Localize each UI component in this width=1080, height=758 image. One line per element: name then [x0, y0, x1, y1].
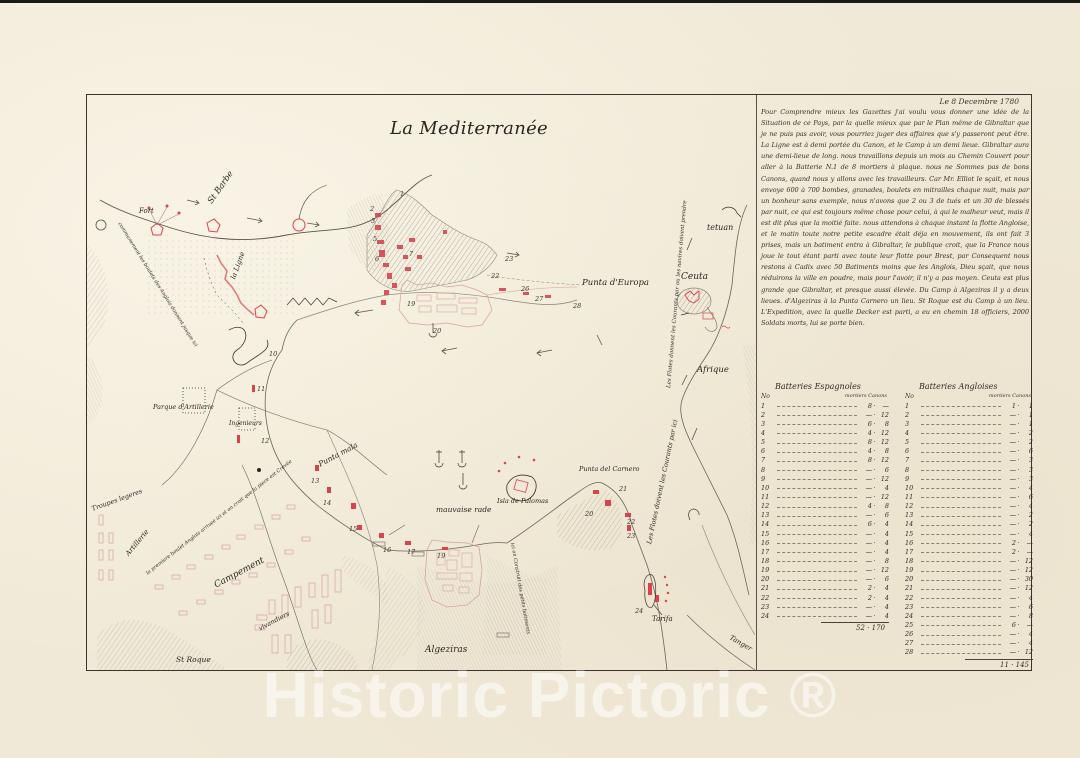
table-row: 11—·12 [761, 492, 889, 501]
battery-number-cell: 3 [761, 420, 777, 428]
battery-number: 14 [323, 499, 331, 507]
battery-number: 19 [407, 300, 415, 308]
letter-date: Le 8 Decembre 1780 [940, 97, 1019, 106]
table-total: 11 · 145 [965, 659, 1033, 669]
battery-number-cell: 23 [761, 603, 777, 611]
table-row: 28—·12 [905, 648, 1033, 657]
cannons-cell: 6 [1021, 603, 1033, 611]
label-punta-carnero: Punta del Carnero [579, 465, 639, 473]
leader-dots [921, 561, 1001, 562]
leader-dots [777, 561, 857, 562]
table-total: 52 · 170 [821, 622, 889, 632]
table-row: 172·— [905, 547, 1033, 556]
table-row: 64·8 [761, 447, 889, 456]
table-row: 20—·6 [761, 575, 889, 584]
table-row: 18—·12 [905, 556, 1033, 565]
mortars-cell: — [1004, 502, 1016, 510]
table-row: 2—·12 [761, 410, 889, 419]
table-row: 8—·6 [761, 465, 889, 474]
table-rows: 11·12—·13—·14—·25—·26—·67—·38—·39—·310—·… [905, 401, 1033, 657]
leader-dots [921, 507, 1001, 508]
column-no: No [761, 393, 770, 401]
mortars-cell: — [1004, 511, 1016, 519]
battery-number-cell: 15 [761, 530, 777, 538]
leader-dots [921, 653, 1001, 654]
battery-number-cell: 22 [905, 594, 921, 602]
leader-dots [777, 571, 857, 572]
batteries-tables: Batteries Espagnoles No mortiers Canons … [761, 382, 1029, 667]
cannons-cell: 4 [1021, 630, 1033, 638]
watermark: Historic Pictoric ® [170, 660, 930, 730]
battery-number: 2 [370, 205, 374, 213]
table-row: 212·4 [761, 584, 889, 593]
mortars-cell: — [1004, 639, 1016, 647]
column-headers: mortiers Canons [845, 393, 887, 401]
battery-number-cell: 11 [761, 493, 777, 501]
table-row: 16—·4 [761, 538, 889, 547]
table-row: 7—·3 [905, 456, 1033, 465]
table-row: 3—·1 [905, 419, 1033, 428]
mortars-cell: 2 [1004, 539, 1016, 547]
label-mauvaise-rade: mauvaise rade [436, 505, 492, 514]
cannons-cell: 12 [877, 411, 889, 419]
mortars-cell: — [1004, 584, 1016, 592]
cannons-cell: 4 [877, 539, 889, 547]
leader-dots [921, 516, 1001, 517]
cannons-cell: 12 [877, 438, 889, 446]
leader-dots [921, 424, 1001, 425]
leader-dots [777, 507, 857, 508]
cannons-cell: — [1021, 621, 1033, 629]
battery-number-cell: 22 [761, 594, 777, 602]
mortars-cell: — [1004, 530, 1016, 538]
battery-number-cell: 24 [761, 612, 777, 620]
table-row: 146·4 [761, 520, 889, 529]
cannons-cell: 4 [877, 584, 889, 592]
table-row: 8—·3 [905, 465, 1033, 474]
cannons-cell: 2 [1021, 511, 1033, 519]
cannons-cell: 6 [1021, 493, 1033, 501]
leader-dots [777, 443, 857, 444]
label-tetuan: tetuan [707, 223, 733, 232]
mortars-cell: — [1004, 520, 1016, 528]
battery-number-cell: 21 [761, 584, 777, 592]
battery-number-cell: 8 [905, 466, 921, 474]
label-fort: Fort [139, 207, 154, 215]
battery-number-cell: 15 [905, 530, 921, 538]
battery-number: 6 [375, 255, 379, 263]
table-row: 22—·4 [905, 593, 1033, 602]
mortars-cell: 6 [860, 420, 872, 428]
mortars-cell: 2 [1004, 548, 1016, 556]
mortars-cell: 8 [860, 438, 872, 446]
leader-dots [777, 470, 857, 471]
map-title: La Mediterranée [390, 118, 548, 139]
leader-dots [777, 488, 857, 489]
table-row: 11·1 [905, 401, 1033, 410]
battery-number-cell: 27 [905, 639, 921, 647]
cannons-cell: — [1021, 548, 1033, 556]
mortars-cell: — [860, 484, 872, 492]
leader-dots [777, 424, 857, 425]
cannons-cell: 4 [877, 520, 889, 528]
mortars-cell: — [1004, 484, 1016, 492]
battery-number-cell: 1 [761, 402, 777, 410]
table-row: 24—·4 [761, 611, 889, 620]
cannons-cell: 8 [877, 420, 889, 428]
cannons-cell: 30 [1021, 575, 1033, 583]
table-row: 21—·12 [905, 584, 1033, 593]
battery-number-cell: 16 [761, 539, 777, 547]
battery-number: 12 [261, 437, 269, 445]
mortars-cell: 4 [860, 447, 872, 455]
battery-number-cell: 9 [761, 475, 777, 483]
table-row: 9—·12 [761, 474, 889, 483]
cannons-cell: 8 [877, 447, 889, 455]
battery-number-cell: 19 [761, 566, 777, 574]
table-row: 14—·2 [905, 520, 1033, 529]
mortars-cell: — [1004, 456, 1016, 464]
mortars-cell: 2 [860, 594, 872, 602]
cannons-cell: 1 [1021, 402, 1033, 410]
cannons-cell: 12 [877, 456, 889, 464]
cannons-cell: 3 [1021, 475, 1033, 483]
cannons-cell: 8 [877, 502, 889, 510]
cannons-cell: 12 [877, 429, 889, 437]
leader-dots [777, 452, 857, 453]
cannons-cell: 1 [1021, 411, 1033, 419]
leader-dots [921, 580, 1001, 581]
battery-number: 24 [635, 607, 643, 615]
mortars-cell: — [1004, 466, 1016, 474]
table-row: 256·— [905, 620, 1033, 629]
cannons-cell: 2 [1021, 429, 1033, 437]
table-row: 15—·4 [761, 529, 889, 538]
leader-dots [921, 406, 1001, 407]
mortars-cell: 4 [860, 429, 872, 437]
battery-number-cell: 7 [905, 456, 921, 464]
mortars-cell: — [1004, 557, 1016, 565]
mortars-cell: — [1004, 475, 1016, 483]
map-sheet: La Mediterranée Fort St Barbe la Ligne P… [0, 0, 1080, 758]
battery-number-cell: 7 [761, 456, 777, 464]
cannons-cell: 4 [877, 548, 889, 556]
leader-dots [777, 534, 857, 535]
leader-dots [777, 433, 857, 434]
table-row: 162·— [905, 538, 1033, 547]
mortars-cell: — [1004, 493, 1016, 501]
leader-dots [921, 415, 1001, 416]
cannons-cell: 12 [1021, 566, 1033, 574]
battery-number: 10 [269, 350, 277, 358]
mortars-cell: — [1004, 566, 1016, 574]
cannons-cell: 1 [1021, 420, 1033, 428]
table-row: 4—·2 [905, 428, 1033, 437]
cannons-cell: 2 [1021, 520, 1033, 528]
table-row: 19—·12 [761, 566, 889, 575]
leader-dots [777, 598, 857, 599]
table-title: Batteries Angloises [905, 382, 1033, 393]
table-row: 12—·4 [905, 502, 1033, 511]
battery-number: 7 [409, 250, 413, 258]
leader-dots [777, 589, 857, 590]
battery-number: 27 [535, 295, 543, 303]
cannons-cell: 12 [877, 475, 889, 483]
table-row: 20—·30 [905, 575, 1033, 584]
table-title: Batteries Espagnoles [761, 382, 889, 393]
mortars-cell: — [860, 493, 872, 501]
battery-number: 13 [311, 477, 319, 485]
battery-number-cell: 14 [761, 520, 777, 528]
column-no: No [905, 393, 914, 401]
mortars-cell: — [1004, 603, 1016, 611]
battery-number: 20 [585, 510, 593, 518]
leader-dots [921, 543, 1001, 544]
table-row: 10—·4 [905, 483, 1033, 492]
mortars-cell: — [1004, 594, 1016, 602]
cannons-cell: 6 [877, 466, 889, 474]
cannons-cell: 3 [1021, 456, 1033, 464]
map-drawing [87, 95, 755, 670]
table-row: 18·— [761, 401, 889, 410]
battery-number-cell: 28 [905, 648, 921, 656]
leader-dots [921, 616, 1001, 617]
mortars-cell: 2 [860, 584, 872, 592]
cannons-cell: 8 [877, 557, 889, 565]
mortars-cell: — [860, 411, 872, 419]
table-row: 58·12 [761, 438, 889, 447]
cannons-cell: 4 [877, 603, 889, 611]
table-row: 13—·2 [905, 511, 1033, 520]
battery-number-cell: 26 [905, 630, 921, 638]
battery-number-cell: 6 [761, 447, 777, 455]
battery-number: 23 [505, 255, 513, 263]
leader-dots [921, 479, 1001, 480]
battery-number: 19 [437, 552, 445, 560]
battery-number-cell: 17 [761, 548, 777, 556]
battery-number: 15 [349, 525, 357, 533]
cannons-cell: 4 [1021, 484, 1033, 492]
battery-number-cell: 5 [905, 438, 921, 446]
mortars-cell: 8 [860, 402, 872, 410]
mortars-cell: — [860, 466, 872, 474]
cannons-cell: 4 [1021, 530, 1033, 538]
table-row: 222·4 [761, 593, 889, 602]
mortars-cell: — [1004, 630, 1016, 638]
mortars-cell: — [860, 530, 872, 538]
mortars-cell: — [1004, 420, 1016, 428]
battery-number-cell: 10 [761, 484, 777, 492]
mortars-cell: 1 [1004, 402, 1016, 410]
mortars-cell: — [1004, 575, 1016, 583]
mortars-cell: — [1004, 648, 1016, 656]
battery-number-cell: 8 [761, 466, 777, 474]
battery-number: 23 [627, 532, 635, 540]
table-row: 6—·6 [905, 447, 1033, 456]
battery-number-cell: 24 [905, 612, 921, 620]
leader-dots [777, 516, 857, 517]
cannons-cell: 12 [1021, 584, 1033, 592]
leader-dots [777, 461, 857, 462]
leader-dots [921, 525, 1001, 526]
battery-number-cell: 18 [761, 557, 777, 565]
leader-dots [921, 625, 1001, 626]
scan-edge [0, 0, 1080, 3]
mortars-cell: — [1004, 429, 1016, 437]
battery-number-cell: 12 [761, 502, 777, 510]
leader-dots [777, 497, 857, 498]
battery-number-cell: 13 [761, 511, 777, 519]
spanish-batteries-table: Batteries Espagnoles No mortiers Canons … [761, 382, 889, 632]
mortars-cell: — [860, 603, 872, 611]
leader-dots [921, 470, 1001, 471]
leader-dots [921, 488, 1001, 489]
label-ingenieurs: Ingenieurs [229, 420, 262, 427]
letter-panel: Le 8 Decembre 1780 Pour Comprendre mieux… [756, 95, 1031, 670]
battery-number-cell: 6 [905, 447, 921, 455]
battery-number-cell: 5 [761, 438, 777, 446]
cannons-cell: — [877, 402, 889, 410]
mortars-cell: — [860, 575, 872, 583]
leader-dots [921, 607, 1001, 608]
table-row: 23—·4 [761, 602, 889, 611]
cannons-cell: 12 [877, 493, 889, 501]
leader-dots [921, 461, 1001, 462]
battery-number: 22 [627, 518, 635, 526]
label-algeziras: Algeziras [425, 645, 467, 655]
leader-dots [777, 607, 857, 608]
mortars-cell: — [1004, 447, 1016, 455]
leader-dots [777, 543, 857, 544]
battery-number: 17 [407, 548, 415, 556]
cannons-cell: 4 [877, 594, 889, 602]
battery-number-cell: 14 [905, 520, 921, 528]
battery-number: 21 [619, 485, 627, 493]
label-tarifa: Tarifa [652, 615, 673, 623]
battery-number: 28 [573, 302, 581, 310]
cannons-cell: — [1021, 539, 1033, 547]
leader-dots [921, 644, 1001, 645]
battery-number-cell: 3 [905, 420, 921, 428]
table-rows: 18·—2—·1236·844·1258·1264·878·128—·69—·1… [761, 401, 889, 620]
battery-number-cell: 11 [905, 493, 921, 501]
battery-number-cell: 10 [905, 484, 921, 492]
battery-number: 1 [400, 190, 404, 198]
label-isla-palomas: Isla de Palomas [497, 497, 548, 505]
table-row: 13—·6 [761, 511, 889, 520]
table-row: 27—·4 [905, 639, 1033, 648]
cannons-cell: 6 [877, 511, 889, 519]
leader-dots [921, 497, 1001, 498]
leader-dots [777, 479, 857, 480]
table-row: 15—·4 [905, 529, 1033, 538]
battery-number-cell: 1 [905, 402, 921, 410]
leader-dots [921, 598, 1001, 599]
battery-number-cell: 20 [905, 575, 921, 583]
cannons-cell: 6 [877, 575, 889, 583]
english-batteries-table: Batteries Angloises No mortiers Canons 1… [905, 382, 1033, 669]
cannons-cell: 4 [1021, 502, 1033, 510]
table-row: 19—·12 [905, 566, 1033, 575]
mortars-cell: — [1004, 438, 1016, 446]
leader-dots [921, 443, 1001, 444]
mortars-cell: — [860, 557, 872, 565]
map-area: La Mediterranée Fort St Barbe la Ligne P… [87, 95, 755, 670]
battery-number-cell: 4 [761, 429, 777, 437]
mortars-cell: — [860, 612, 872, 620]
column-headers: mortiers Canons [989, 393, 1031, 401]
leader-dots [921, 571, 1001, 572]
mortars-cell: — [860, 566, 872, 574]
leader-dots [777, 552, 857, 553]
mortars-cell: 6 [1004, 621, 1016, 629]
table-row: 124·8 [761, 502, 889, 511]
mortars-cell: — [1004, 411, 1016, 419]
leader-dots [777, 580, 857, 581]
mortars-cell: — [860, 475, 872, 483]
table-row: 11—·6 [905, 492, 1033, 501]
battery-number-cell: 12 [905, 502, 921, 510]
table-row: 18—·8 [761, 556, 889, 565]
leader-dots [921, 534, 1001, 535]
battery-number-cell: 23 [905, 603, 921, 611]
battery-number: 11 [257, 385, 265, 393]
mortars-cell: — [1004, 612, 1016, 620]
table-row: 78·12 [761, 456, 889, 465]
mortars-cell: — [860, 511, 872, 519]
mortars-cell: 6 [860, 520, 872, 528]
label-parque-artillerie: Parque d'Artillerie [153, 403, 214, 411]
battery-number: 5 [373, 235, 377, 243]
mortars-cell: — [860, 548, 872, 556]
label-ceuta: Ceuta [681, 272, 708, 282]
leader-dots [777, 415, 857, 416]
mortars-cell: 4 [860, 502, 872, 510]
battery-number-cell: 17 [905, 548, 921, 556]
battery-number: 26 [521, 285, 529, 293]
table-row: 44·12 [761, 428, 889, 437]
leader-dots [921, 589, 1001, 590]
battery-number-cell: 20 [761, 575, 777, 583]
leader-dots [777, 616, 857, 617]
battery-number: 20 [433, 327, 441, 335]
cannons-cell: 6 [1021, 447, 1033, 455]
table-row: 26—·4 [905, 630, 1033, 639]
table-row: 36·8 [761, 419, 889, 428]
table-row: 9—·3 [905, 474, 1033, 483]
label-afrique: Afrique [697, 365, 729, 375]
table-row: 2—·1 [905, 410, 1033, 419]
battery-number-cell: 19 [905, 566, 921, 574]
battery-number-cell: 18 [905, 557, 921, 565]
cannons-cell: 2 [1021, 438, 1033, 446]
battery-number-cell: 13 [905, 511, 921, 519]
battery-number-cell: 25 [905, 621, 921, 629]
table-row: 24—·8 [905, 611, 1033, 620]
battery-number-cell: 2 [905, 411, 921, 419]
battery-number-cell: 9 [905, 475, 921, 483]
cannons-cell: 8 [1021, 612, 1033, 620]
battery-number-cell: 4 [905, 429, 921, 437]
leader-dots [921, 433, 1001, 434]
cannons-cell: 4 [1021, 594, 1033, 602]
leader-dots [921, 452, 1001, 453]
cannons-cell: 4 [877, 484, 889, 492]
letter-body: Pour Comprendre mieux les Gazettes j'ai … [761, 107, 1029, 329]
table-row: 23—·6 [905, 602, 1033, 611]
table-row: 5—·2 [905, 438, 1033, 447]
battery-number-cell: 16 [905, 539, 921, 547]
